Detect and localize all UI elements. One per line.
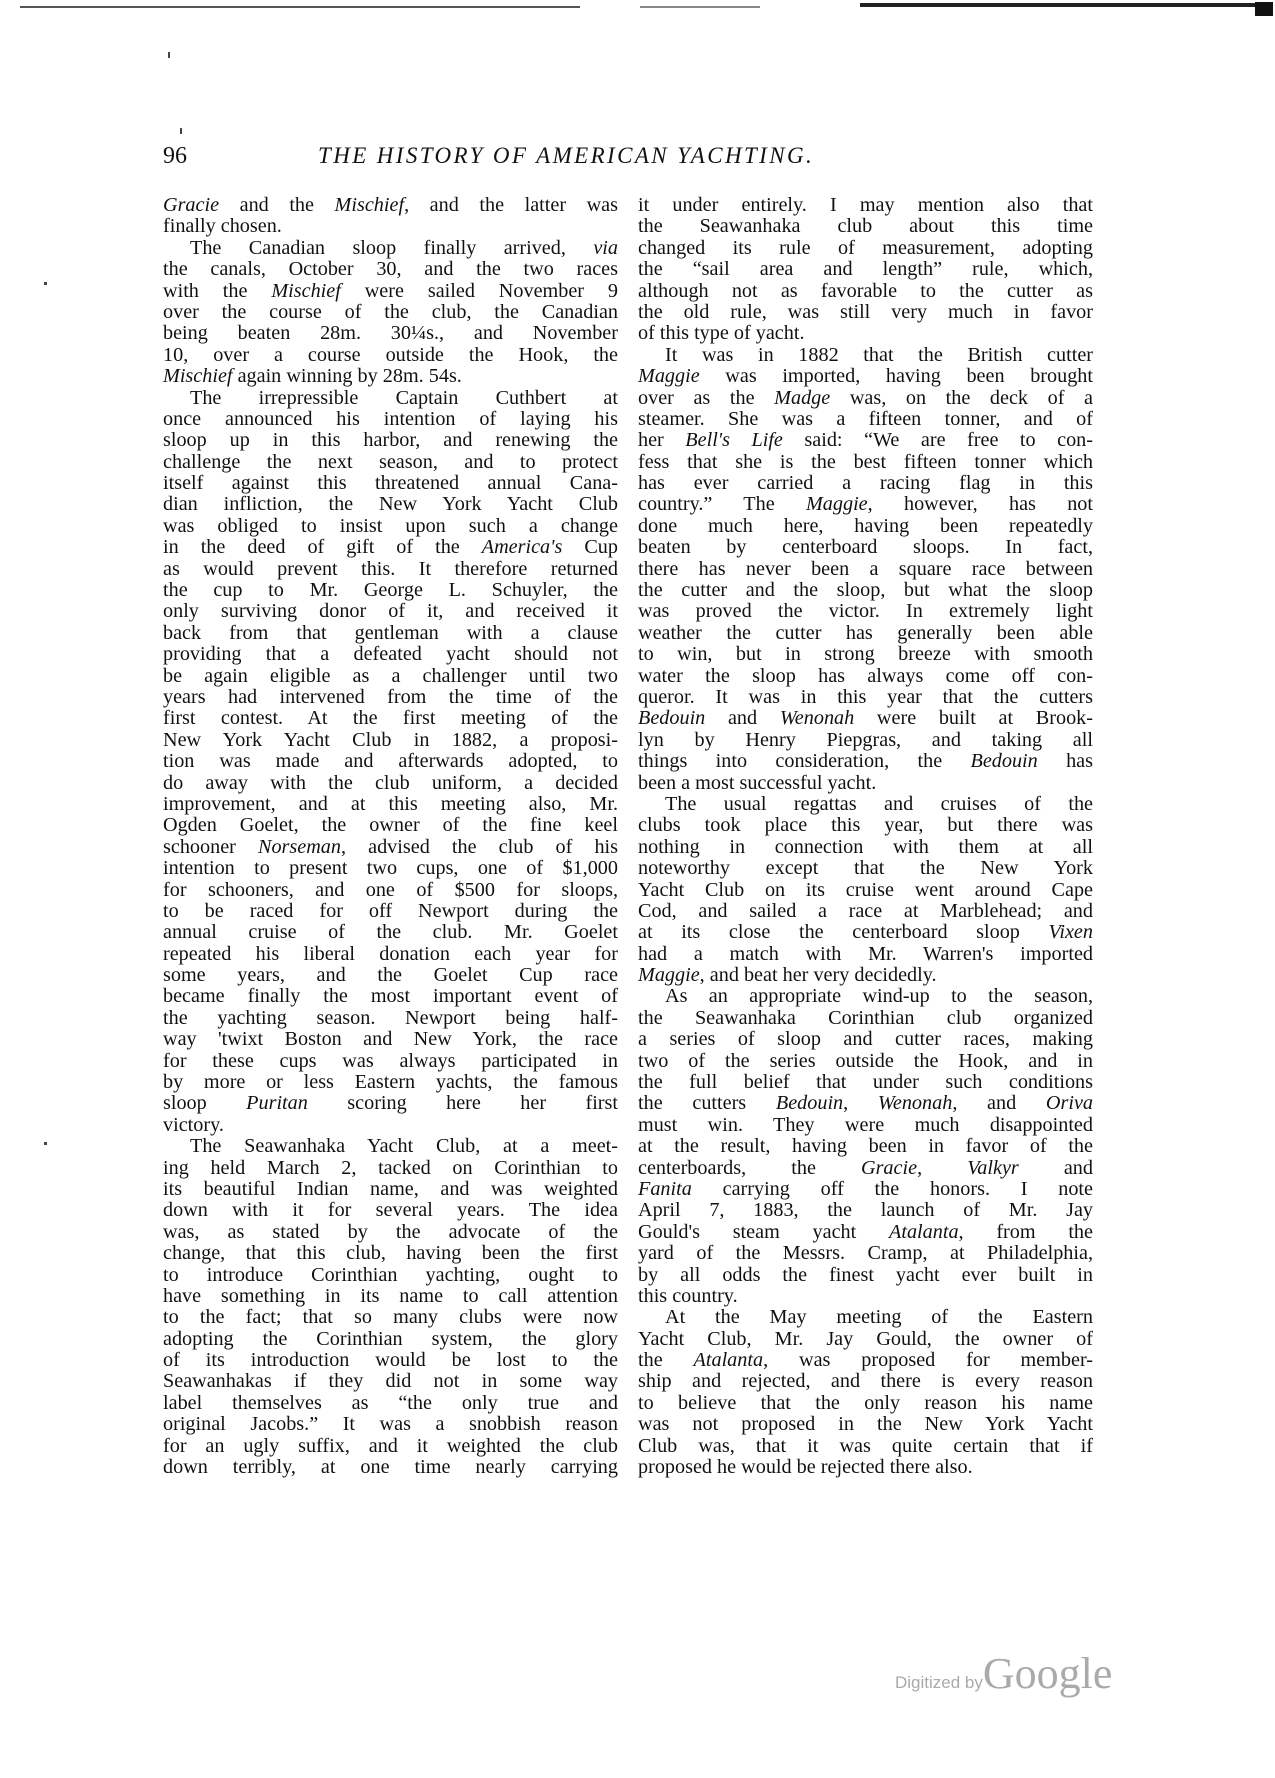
text-line: to be raced for off Newport during the: [163, 901, 618, 922]
text-line: changed its rule of measurement, adoptin…: [638, 238, 1093, 259]
text-line: have something in its name to call atten…: [163, 1286, 618, 1307]
text-line: to the fact; that so many clubs were now: [163, 1307, 618, 1328]
text-line: country.” The Maggie, however, has not: [638, 494, 1093, 515]
watermark-prefix: Digitized by: [895, 1673, 983, 1692]
text-line: Gracie and the Mischief, and the latter …: [163, 195, 618, 216]
text-line: New York Yacht Club in 1882, a proposi-: [163, 730, 618, 751]
scan-speck: [44, 282, 47, 285]
running-title: THE HISTORY OF AMERICAN YACHTING.: [318, 143, 814, 169]
text-line: Yacht Club, Mr. Jay Gould, the owner of: [638, 1329, 1093, 1350]
right-text-column: it under entirely. I may mention also th…: [638, 195, 1093, 1478]
text-line: Gould's steam yacht Atalanta, from the: [638, 1222, 1093, 1243]
text-line: the cutter and the sloop, but what the s…: [638, 580, 1093, 601]
text-line: As an appropriate wind-up to the season,: [638, 986, 1093, 1007]
scan-speck: [168, 52, 170, 58]
text-line: Bedouin and Wenonah were built at Brook-: [638, 708, 1093, 729]
text-line: tion was made and afterwards adopted, to: [163, 751, 618, 772]
text-line: of its introduction would be lost to the: [163, 1350, 618, 1371]
text-line: her Bell's Life said: “We are free to co…: [638, 430, 1093, 451]
text-line: finally chosen.: [163, 216, 618, 237]
text-line: was obliged to insist upon such a change: [163, 516, 618, 537]
text-line: proposed he would be rejected there also…: [638, 1457, 1093, 1478]
text-line: was not proposed in the New York Yacht: [638, 1414, 1093, 1435]
text-line: It was in 1882 that the British cutter: [638, 345, 1093, 366]
text-line: to win, but in strong breeze with smooth: [638, 644, 1093, 665]
text-line: must win. They were much disappointed: [638, 1115, 1093, 1136]
text-line: the old rule, was still very much in fav…: [638, 302, 1093, 323]
text-line: clubs took place this year, but there wa…: [638, 815, 1093, 836]
text-line: The usual regattas and cruises of the: [638, 794, 1093, 815]
text-line: years had intervened from the time of th…: [163, 687, 618, 708]
scan-edge-artifact: [0, 0, 1275, 14]
text-line: was proved the victor. In extremely ligh…: [638, 601, 1093, 622]
text-line: original Jacobs.” It was a snobbish reas…: [163, 1414, 618, 1435]
text-line: At the May meeting of the Eastern: [638, 1307, 1093, 1328]
text-line: only surviving donor of it, and received…: [163, 601, 618, 622]
text-line: became finally the most important event …: [163, 986, 618, 1007]
text-line: fess that she is the best fifteen tonner…: [638, 452, 1093, 473]
text-line: by more or less Eastern yachts, the famo…: [163, 1072, 618, 1093]
text-line: has ever carried a racing flag in this: [638, 473, 1093, 494]
text-line: a series of sloop and cutter races, maki…: [638, 1029, 1093, 1050]
text-line: the yachting season. Newport being half-: [163, 1008, 618, 1029]
text-line: as would prevent this. It therefore retu…: [163, 559, 618, 580]
text-line: the “sail area and length” rule, which,: [638, 259, 1093, 280]
text-line: at its close the centerboard sloop Vixen: [638, 922, 1093, 943]
text-line: the canals, October 30, and the two race…: [163, 259, 618, 280]
text-line: there has never been a square race betwe…: [638, 559, 1093, 580]
google-digitized-watermark: Digitized byGoogle: [895, 1648, 1112, 1699]
running-head: 96 THE HISTORY OF AMERICAN YACHTING.: [163, 143, 1093, 173]
text-line: The irrepressible Captain Cuthbert at: [163, 388, 618, 409]
text-line: way 'twixt Boston and New York, the race: [163, 1029, 618, 1050]
text-line: Maggie, and beat her very decidedly.: [638, 965, 1093, 986]
text-line: ship and rejected, and there is every re…: [638, 1371, 1093, 1392]
text-line: sloop up in this harbor, and renewing th…: [163, 430, 618, 451]
text-line: repeated his liberal donation each year …: [163, 944, 618, 965]
text-line: to believe that the only reason his name: [638, 1393, 1093, 1414]
text-line: once announced his intention of laying h…: [163, 409, 618, 430]
text-line: beaten by centerboard sloops. In fact,: [638, 537, 1093, 558]
text-line: first contest. At the first meeting of t…: [163, 708, 618, 729]
text-line: Ogden Goelet, the owner of the fine keel: [163, 815, 618, 836]
text-line: it under entirely. I may mention also th…: [638, 195, 1093, 216]
text-line: adopting the Corinthian system, the glor…: [163, 1329, 618, 1350]
text-line: been a most successful yacht.: [638, 773, 1093, 794]
text-line: down terribly, at one time nearly carryi…: [163, 1457, 618, 1478]
text-line: lyn by Henry Piepgras, and taking all: [638, 730, 1093, 751]
text-line: challenge the next season, and to protec…: [163, 452, 618, 473]
text-line: the Atalanta, was proposed for member-: [638, 1350, 1093, 1371]
text-line: providing that a defeated yacht should n…: [163, 644, 618, 665]
text-line: queror. It was in this year that the cut…: [638, 687, 1093, 708]
text-line: sloop Puritan scoring here her first: [163, 1093, 618, 1114]
text-line: back from that gentleman with a clause: [163, 623, 618, 644]
text-line: things into consideration, the Bedouin h…: [638, 751, 1093, 772]
text-line: for schooners, and one of $500 for sloop…: [163, 880, 618, 901]
text-line: to introduce Corinthian yachting, ought …: [163, 1265, 618, 1286]
text-line: the Seawanhaka Corinthian club organized: [638, 1008, 1093, 1029]
text-line: for these cups was always participated i…: [163, 1051, 618, 1072]
text-line: yard of the Messrs. Cramp, at Philadelph…: [638, 1243, 1093, 1264]
text-line: over the course of the club, the Canadia…: [163, 302, 618, 323]
text-line: be again eligible as a challenger until …: [163, 666, 618, 687]
text-line: Maggie was imported, having been brought: [638, 366, 1093, 387]
text-line: this country.: [638, 1286, 1093, 1307]
text-line: Seawanhakas if they did not in some way: [163, 1371, 618, 1392]
text-line: with the Mischief were sailed November 9: [163, 281, 618, 302]
text-line: Mischief again winning by 28m. 54s.: [163, 366, 618, 387]
text-line: change, that this club, having been the …: [163, 1243, 618, 1264]
text-line: ing held March 2, tacked on Corinthian t…: [163, 1158, 618, 1179]
text-line: The Canadian sloop finally arrived, via: [163, 238, 618, 259]
text-line: done much here, having been repeatedly: [638, 516, 1093, 537]
text-line: at the result, having been in favor of t…: [638, 1136, 1093, 1157]
text-line: being beaten 28m. 30¼s., and November: [163, 323, 618, 344]
text-line: over as the Madge was, on the deck of a: [638, 388, 1093, 409]
page-number: 96: [163, 143, 187, 170]
text-line: Cod, and sailed a race at Marblehead; an…: [638, 901, 1093, 922]
text-line: the Seawanhaka club about this time: [638, 216, 1093, 237]
scan-speck: [180, 128, 182, 134]
text-line: 10, over a course outside the Hook, the: [163, 345, 618, 366]
text-line: the full belief that under such conditio…: [638, 1072, 1093, 1093]
text-line: victory.: [163, 1115, 618, 1136]
text-line: the cup to Mr. George L. Schuyler, the: [163, 580, 618, 601]
text-line: April 7, 1883, the launch of Mr. Jay: [638, 1200, 1093, 1221]
text-line: its beautiful Indian name, and was weigh…: [163, 1179, 618, 1200]
text-line: Club was, that it was quite certain that…: [638, 1436, 1093, 1457]
text-line: weather the cutter has generally been ab…: [638, 623, 1093, 644]
scan-speck: [44, 1142, 47, 1145]
text-line: itself against this threatened annual Ca…: [163, 473, 618, 494]
text-line: dian infliction, the New York Yacht Club: [163, 494, 618, 515]
text-line: the cutters Bedouin, Wenonah, and Oriva: [638, 1093, 1093, 1114]
text-line: nothing in connection with them at all: [638, 837, 1093, 858]
text-line: of this type of yacht.: [638, 323, 1093, 344]
text-line: annual cruise of the club. Mr. Goelet: [163, 922, 618, 943]
text-line: steamer. She was a fifteen tonner, and o…: [638, 409, 1093, 430]
text-line: improvement, and at this meeting also, M…: [163, 794, 618, 815]
text-line: centerboards, the Gracie, Valkyr and: [638, 1158, 1093, 1179]
text-line: Fanita carrying off the honors. I note: [638, 1179, 1093, 1200]
text-line: for an ugly suffix, and it weighted the …: [163, 1436, 618, 1457]
text-line: do away with the club uniform, a decided: [163, 773, 618, 794]
text-line: by all odds the finest yacht ever built …: [638, 1265, 1093, 1286]
left-text-column: Gracie and the Mischief, and the latter …: [163, 195, 618, 1478]
text-line: some years, and the Goelet Cup race: [163, 965, 618, 986]
text-line: The Seawanhaka Yacht Club, at a meet-: [163, 1136, 618, 1157]
google-logo-text: Google: [983, 1649, 1113, 1698]
text-line: schooner Norseman, advised the club of h…: [163, 837, 618, 858]
text-line: two of the series outside the Hook, and …: [638, 1051, 1093, 1072]
text-line: in the deed of gift of the America's Cup: [163, 537, 618, 558]
text-line: intention to present two cups, one of $1…: [163, 858, 618, 879]
text-line: noteworthy except that the New York: [638, 858, 1093, 879]
text-line: had a match with Mr. Warren's imported: [638, 944, 1093, 965]
text-line: Yacht Club on its cruise went around Cap…: [638, 880, 1093, 901]
text-line: was, as stated by the advocate of the: [163, 1222, 618, 1243]
text-line: water the sloop has always come off con-: [638, 666, 1093, 687]
text-line: label themselves as “the only true and: [163, 1393, 618, 1414]
text-line: down with it for several years. The idea: [163, 1200, 618, 1221]
text-line: although not as favorable to the cutter …: [638, 281, 1093, 302]
